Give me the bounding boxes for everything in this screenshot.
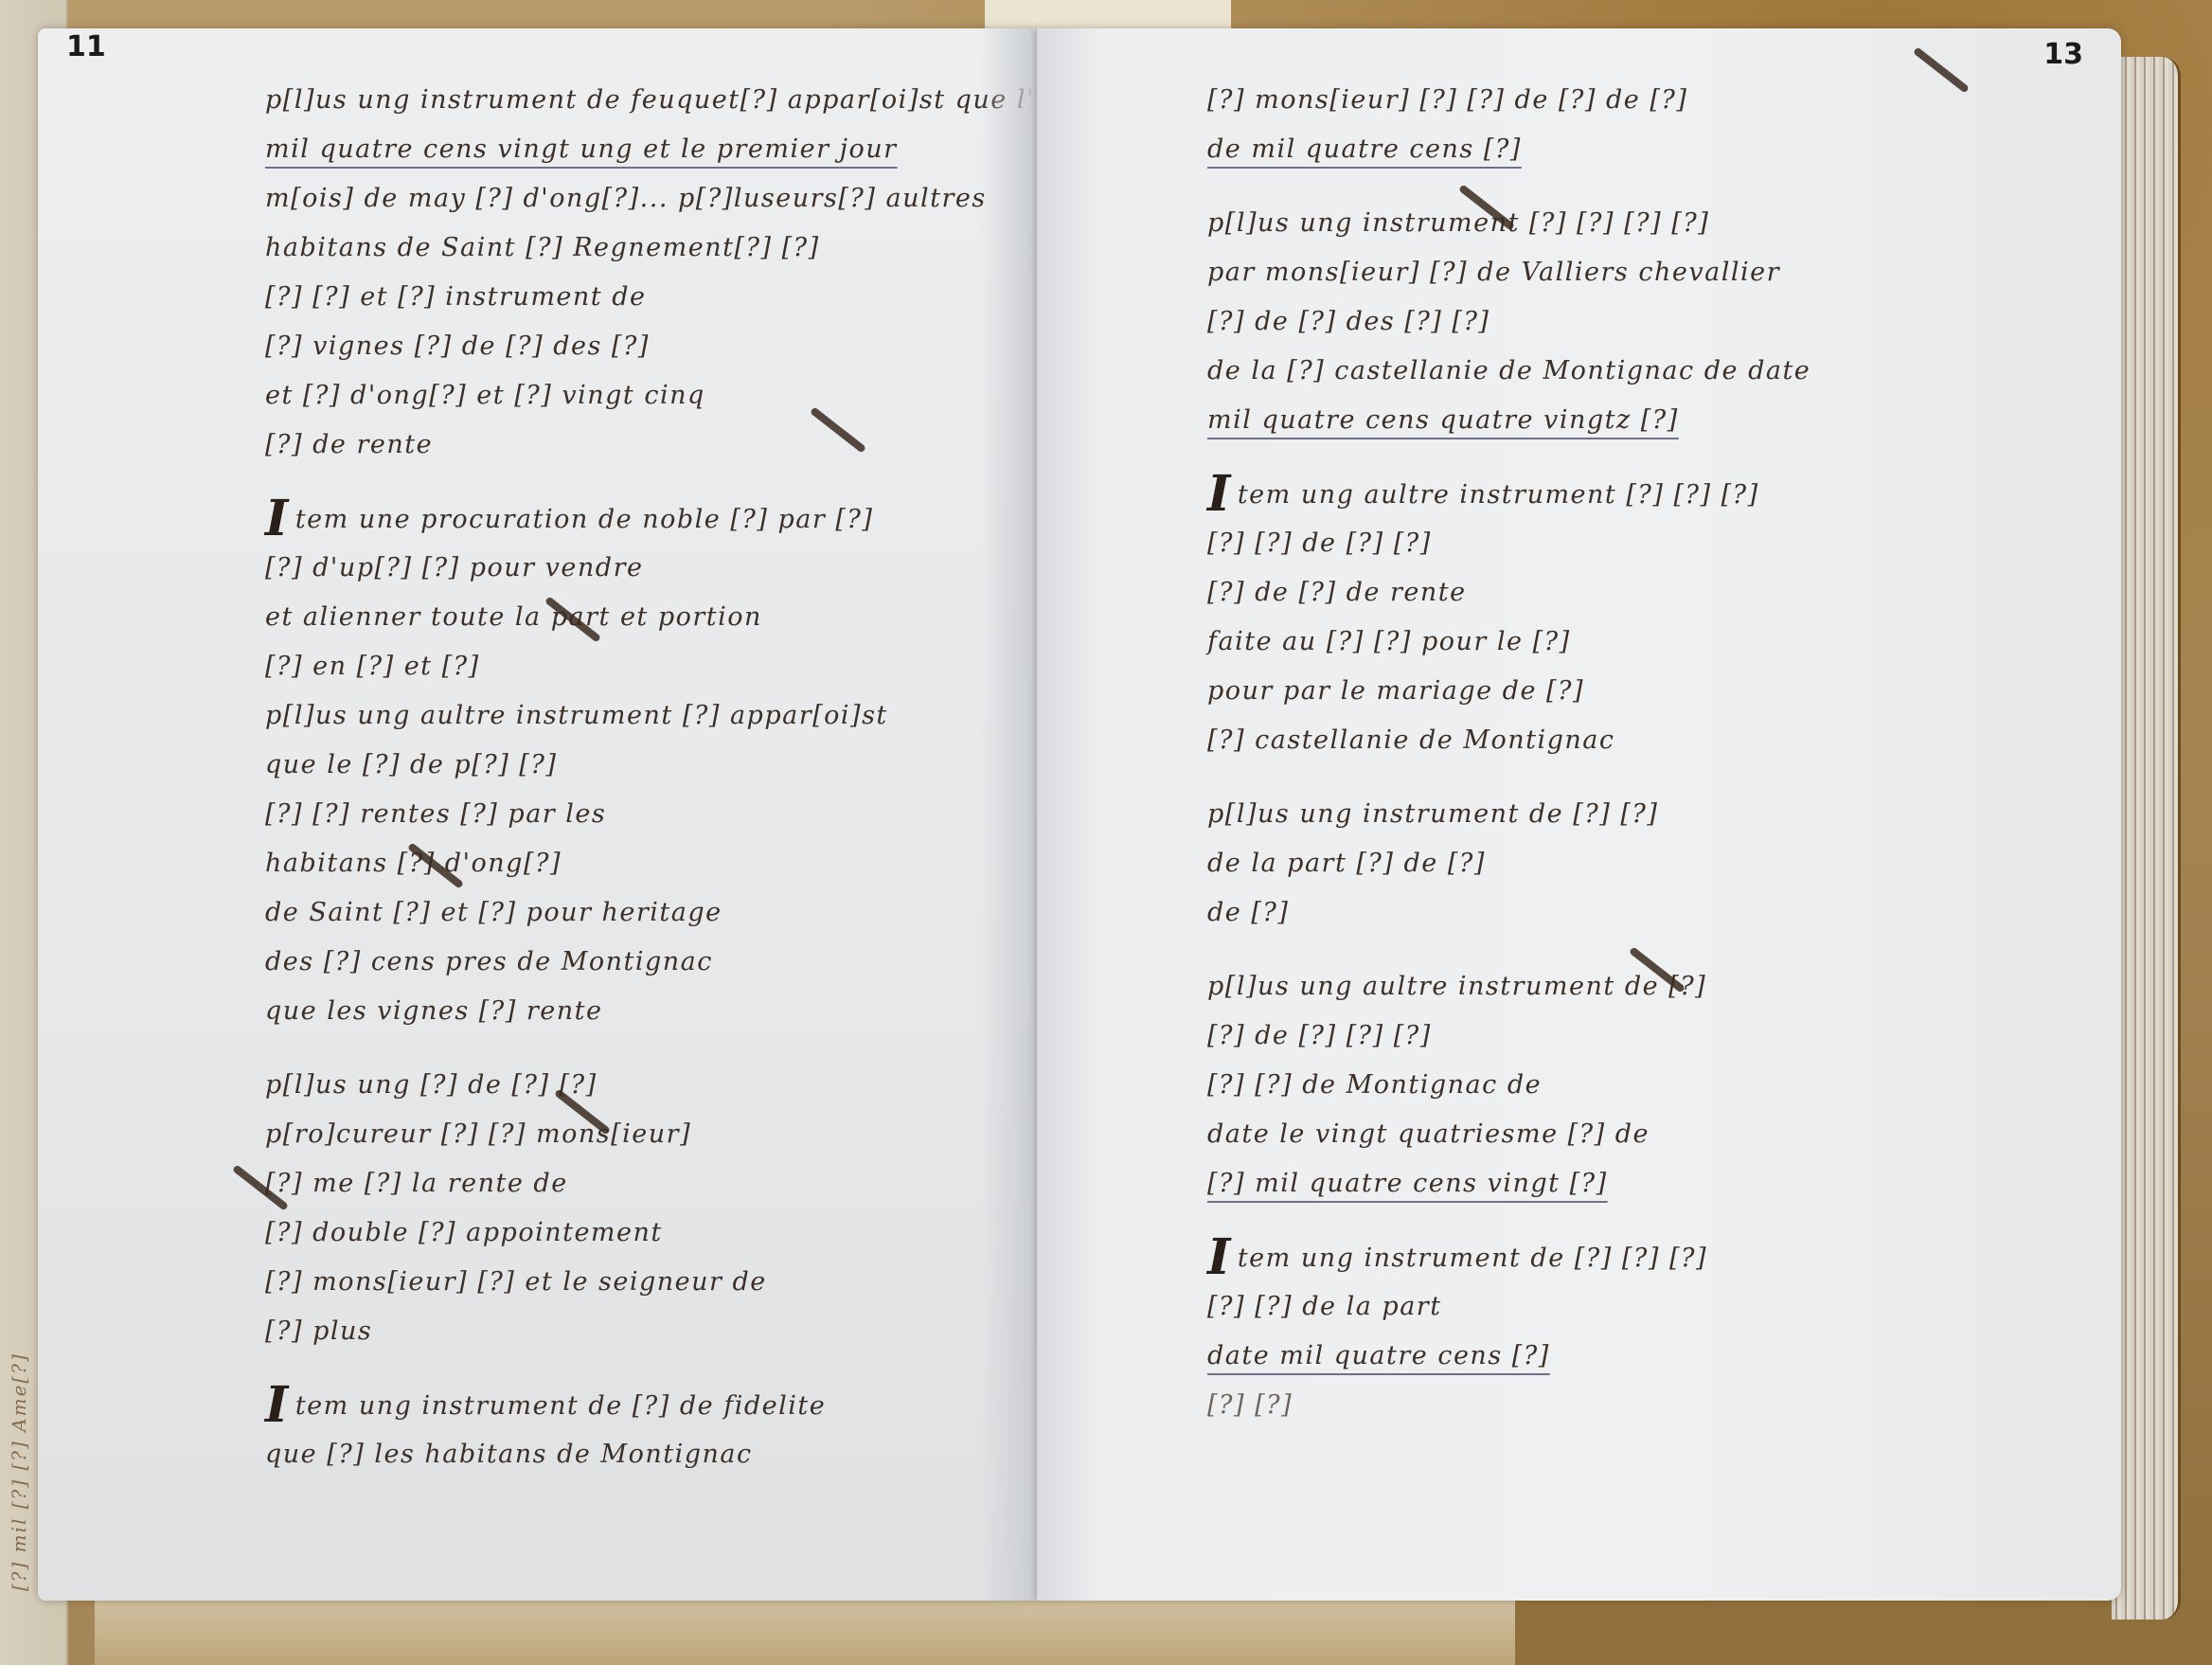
manuscript-line: [?] de [?] [?] [?] <box>1207 1012 2050 1061</box>
manuscript-line: [?] [?] de [?] [?] <box>1207 519 2050 568</box>
manuscript-line: date mil quatre cens [?] <box>1207 1332 2050 1381</box>
register-entry: p[l]us ung aultre instrument de [?][?] d… <box>1207 962 2050 1208</box>
page-edges <box>2112 57 2181 1620</box>
manuscript-line: faite au [?] [?] pour le [?] <box>1207 618 2050 667</box>
register-entry: p[l]us ung instrument de feuquet[?] appa… <box>265 76 985 470</box>
manuscript-line: de la part [?] de [?] <box>1207 839 2050 888</box>
manuscript-line: habitans [?] d'ong[?] <box>265 839 985 888</box>
manuscript-line: [?] de [?] de rente <box>1207 568 2050 618</box>
manuscript-line: p[l]us ung [?] de [?] [?] <box>265 1061 985 1110</box>
manuscript-line: mil quatre cens quatre vingtz [?] <box>1207 396 2050 445</box>
register-entry: Item ung instrument de [?] [?] [?][?] [?… <box>1207 1233 2050 1430</box>
manuscript-line: que le [?] de p[?] [?] <box>265 741 985 790</box>
manuscript-line: [?] plus <box>265 1307 985 1356</box>
manuscript-line: que les vignes [?] rente <box>265 987 985 1036</box>
register-entry: p[l]us ung instrument de [?] [?]de la pa… <box>1207 790 2050 938</box>
decorated-initial: I <box>265 1376 290 1434</box>
folio-number: 11 <box>66 30 106 63</box>
manuscript-line: et alienner toute la part et portion <box>265 593 985 642</box>
manuscript-line: [?] [?] de Montignac de <box>1207 1061 2050 1110</box>
decorated-initial: I <box>1207 465 1232 523</box>
decorated-initial: I <box>1207 1228 1232 1286</box>
register-entry: Item ung instrument de [?] de fidelitequ… <box>265 1381 985 1479</box>
manuscript-line: [?] [?] <box>1207 1381 2050 1430</box>
manuscript-line: de la [?] castellanie de Montignac de da… <box>1207 347 2050 396</box>
register-entry: Item ung aultre instrument [?] [?] [?][?… <box>1207 470 2050 765</box>
manuscript-line: de Saint [?] et [?] pour heritage <box>265 888 985 938</box>
manuscript-line: p[ro]cureur [?] [?] mons[ieur] <box>265 1110 985 1159</box>
manuscript-line: [?] en [?] et [?] <box>265 642 985 691</box>
manuscript-line: des [?] cens pres de Montignac <box>265 938 985 987</box>
manuscript-line: [?] d'up[?] [?] pour vendre <box>265 544 985 593</box>
manuscript-line: p[l]us ung instrument de feuquet[?] appa… <box>265 76 985 125</box>
manuscript-line: habitans de Saint [?] Regnement[?] [?] <box>265 224 985 273</box>
right-page: 13 [?] mons[ieur] [?] [?] de [?] de [?]d… <box>1037 28 2121 1601</box>
manuscript-line: et [?] d'ong[?] et [?] vingt cinq <box>265 371 985 421</box>
register-entry: [?] mons[ieur] [?] [?] de [?] de [?]de m… <box>1207 76 2050 174</box>
manuscript-line: [?] mil quatre cens vingt [?] <box>1207 1159 2050 1208</box>
manuscript-line: pour par le mariage de [?] <box>1207 667 2050 716</box>
manuscript-line: [?] [?] et [?] instrument de <box>265 273 985 322</box>
manuscript-line: p[l]us ung instrument [?] [?] [?] [?] <box>1207 199 2050 248</box>
right-page-text: [?] mons[ieur] [?] [?] de [?] de [?]de m… <box>1207 76 2050 1455</box>
register-entry: p[l]us ung [?] de [?] [?]p[ro]cureur [?]… <box>265 1061 985 1356</box>
manuscript-line: mil quatre cens vingt ung et le premier … <box>265 125 985 174</box>
manuscript-line: [?] [?] de la part <box>1207 1282 2050 1332</box>
manuscript-line: Item une procuration de noble [?] par [?… <box>265 494 985 544</box>
manuscript-line: [?] double [?] appointement <box>265 1208 985 1258</box>
manuscript-line: [?] me [?] la rente de <box>265 1159 985 1208</box>
manuscript-line: par mons[ieur] [?] de Valliers chevallie… <box>1207 248 2050 297</box>
manuscript-line: [?] [?] rentes [?] par les <box>265 790 985 839</box>
manuscript-line: p[l]us ung instrument de [?] [?] <box>1207 790 2050 839</box>
manuscript-line: p[l]us ung aultre instrument [?] appar[o… <box>265 691 985 741</box>
manuscript-line: [?] mons[ieur] [?] [?] de [?] de [?] <box>1207 76 2050 125</box>
register-entry: Item une procuration de noble [?] par [?… <box>265 494 985 1036</box>
left-page: 11 p[l]us ung instrument de feuquet[?] a… <box>38 28 1037 1601</box>
register-entry: p[l]us ung instrument [?] [?] [?] [?]par… <box>1207 199 2050 445</box>
manuscript-line: m[ois] de may [?] d'ong[?]... p[?]luseur… <box>265 174 985 224</box>
manuscript-line: [?] vignes [?] de [?] des [?] <box>265 322 985 371</box>
manuscript-line: [?] mons[ieur] [?] et le seigneur de <box>265 1258 985 1307</box>
manuscript-line: de [?] <box>1207 888 2050 938</box>
manuscript-line: [?] de [?] des [?] [?] <box>1207 297 2050 347</box>
manuscript-line: [?] castellanie de Montignac <box>1207 716 2050 765</box>
manuscript-line: que [?] les habitans de Montignac <box>265 1430 985 1479</box>
manuscript-line: [?] de rente <box>265 421 985 470</box>
manuscript-line: date le vingt quatriesme [?] de <box>1207 1110 2050 1159</box>
decorated-initial: I <box>265 490 290 547</box>
left-page-text: p[l]us ung instrument de feuquet[?] appa… <box>265 76 985 1504</box>
manuscript-line: Item ung instrument de [?] [?] [?] <box>1207 1233 2050 1282</box>
manuscript-line: Item ung aultre instrument [?] [?] [?] <box>1207 470 2050 519</box>
manuscript-line: Item ung instrument de [?] de fidelite <box>265 1381 985 1430</box>
manuscript-line: p[l]us ung aultre instrument de [?] <box>1207 962 2050 1012</box>
manuscript-line: de mil quatre cens [?] <box>1207 125 2050 174</box>
folio-number: 13 <box>2043 38 2083 71</box>
